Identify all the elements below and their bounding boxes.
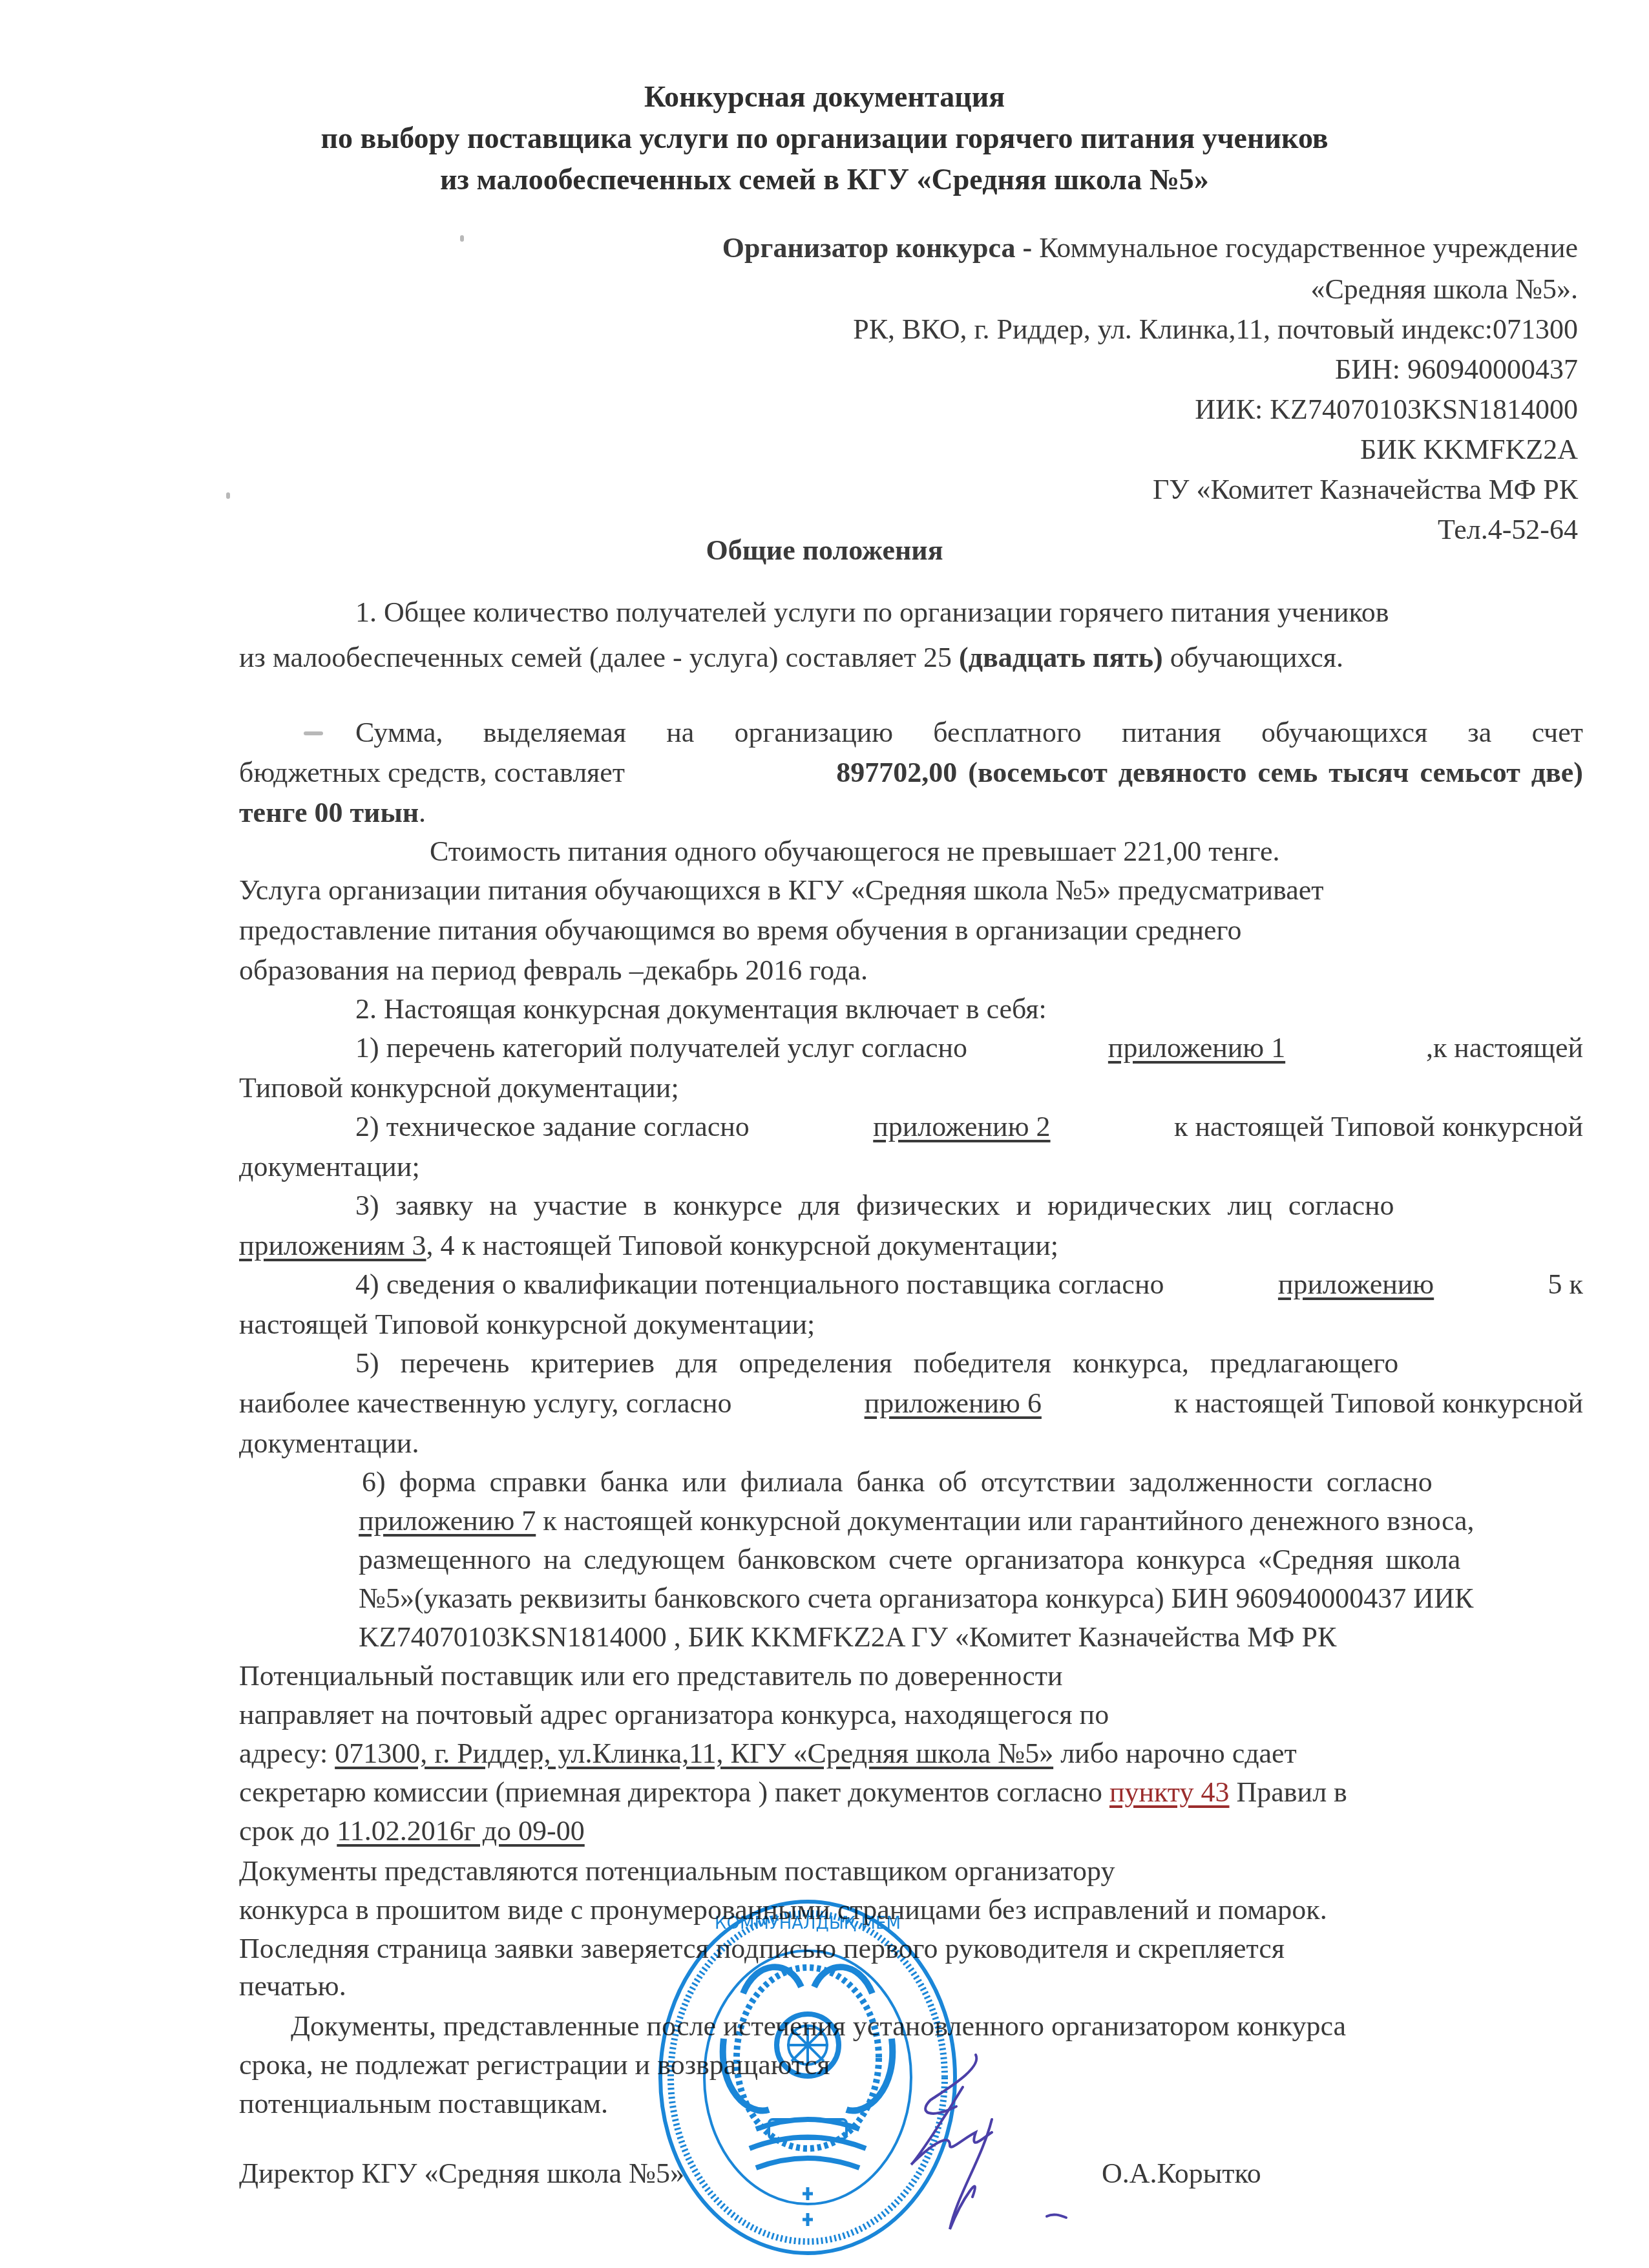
submission-line4: секретарю комиссии (приемная директора )…: [239, 1774, 1347, 1811]
item6-line5: KZ74070103KSN1814000 , БИК KKMFKZ2A ГУ «…: [359, 1619, 1336, 1655]
organizer-address-link[interactable]: 071300, г. Риддер, ул.Клинка,11, КГУ «Ср…: [335, 1738, 1053, 1769]
item5-line2: наиболее качественную услугу, согласно п…: [239, 1385, 1583, 1422]
sum-currency: тенге 00 тиын: [239, 797, 419, 828]
item4-text: 4) сведения о квалификации потенциальног…: [355, 1266, 1164, 1303]
organizer-bik: БИК KKMFKZ2A: [1360, 432, 1578, 468]
director-position: Директор КГУ «Средняя школа №5»: [239, 2156, 684, 2192]
item5-line3: документации.: [239, 1425, 419, 1462]
appendix-5-link[interactable]: приложению: [1278, 1266, 1434, 1303]
submission-line2: направляет на почтовый адрес организатор…: [239, 1697, 1109, 1733]
stamp-text: КОММУНАЛДЫҚ МЕМ: [715, 1914, 901, 1933]
submission-line5: срок до 11.02.2016г до 09-00: [239, 1813, 585, 1849]
appendix-2-link[interactable]: приложению 2: [873, 1109, 1050, 1145]
item6-line1: 6) форма справки банка или филиала банка…: [362, 1464, 1583, 1500]
organizer-bin: БИН: 960940000437: [1335, 352, 1578, 388]
director-name: О.А.Корытко: [1102, 2156, 1261, 2192]
submission-text-3b: либо нарочно сдает: [1053, 1738, 1297, 1769]
organizer-line: Организатор конкурса - Коммунальное госу…: [722, 230, 1578, 266]
submission-line3: адресу: 071300, г. Риддер, ул.Клинка,11,…: [239, 1736, 1297, 1772]
appendix-7-link[interactable]: приложению 7: [359, 1505, 536, 1537]
docs-line1: Документы представляются потенциальным п…: [239, 1853, 1115, 1889]
appendix-3-link[interactable]: приложениям 3: [239, 1230, 426, 1261]
docs-line4: печатью.: [239, 1968, 346, 2004]
item6-line3: размещенного на следующем банковском сче…: [359, 1542, 1460, 1578]
item4-line2: настоящей Типовой конкурсной документаци…: [239, 1307, 815, 1343]
item3-line1: 3) заявку на участие в конкурсе для физи…: [355, 1188, 1583, 1224]
scan-speck: [226, 492, 230, 499]
item2-line2: документации;: [239, 1149, 420, 1185]
appendix-1-link[interactable]: приложению 1: [1108, 1030, 1285, 1066]
item1-text: 1) перечень категорий получателей услуг …: [355, 1030, 967, 1066]
service-line2: предоставление питания обучающимся во вр…: [239, 912, 1242, 949]
late-line3: потенциальным поставщикам.: [239, 2086, 608, 2122]
recipients-count-words: (двадцать пять): [959, 642, 1163, 673]
signature-icon: [853, 2048, 1111, 2242]
submission-line1: Потенциальный поставщик или его представ…: [239, 1658, 1063, 1694]
item6-text-2: к настоящей конкурсной документации или …: [536, 1505, 1474, 1537]
item6-line2: приложению 7 к настоящей конкурсной доку…: [359, 1503, 1475, 1539]
item2-text: 2) техническое задание согласно: [355, 1109, 750, 1145]
sum-line1: Сумма, выделяемая на организацию бесплат…: [355, 715, 1583, 751]
item2-line1: 2) техническое задание согласно приложен…: [355, 1109, 1583, 1145]
document-title-line1: Конкурсная документация: [0, 79, 1649, 115]
service-line3: образования на период февраль –декабрь 2…: [239, 952, 868, 989]
section-heading: Общие положения: [0, 532, 1649, 569]
deadline-date: 11.02.2016г до 09-00: [337, 1815, 584, 1847]
item4-line1: 4) сведения о квалификации потенциальног…: [355, 1266, 1583, 1303]
organizer-label: Организатор конкурса -: [722, 232, 1032, 264]
item3-line2: приложениям 3, 4 к настоящей Типовой кон…: [239, 1228, 1058, 1264]
item2-text-b: к настоящей Типовой конкурсной: [1174, 1109, 1583, 1145]
item1-text-b: ,к настоящей: [1426, 1030, 1583, 1066]
service-line1: Услуга организации питания обучающихся в…: [239, 872, 1324, 908]
submission-text-3a: адресу:: [239, 1738, 335, 1769]
submission-text-4a: секретарю комиссии (приемная директора )…: [239, 1776, 1109, 1808]
sum-line2: бюджетных средств, составляет 897702,00 …: [239, 755, 1583, 791]
organizer-name-2: «Средняя школа №5».: [1310, 271, 1578, 308]
submission-text-4b: Правил в: [1230, 1776, 1347, 1808]
item6-line4: №5»(указать реквизиты банковского счета …: [359, 1580, 1473, 1617]
para1-line1: 1. Общее количество получателей услуги п…: [355, 594, 1389, 631]
organizer-treasury: ГУ «Комитет Казначейства МФ РК: [1153, 472, 1578, 508]
item5-text-a: наиболее качественную услугу, согласно: [239, 1385, 731, 1422]
item4-text-b: 5 к: [1548, 1266, 1583, 1303]
para1-line2: из малообеспеченных семей (далее - услуг…: [239, 640, 1343, 676]
item5-line1: 5) перечень критериев для определения по…: [355, 1345, 1583, 1381]
para1-text-a: из малообеспеченных семей (далее - услуг…: [239, 642, 959, 673]
appendix-6-link[interactable]: приложению 6: [865, 1385, 1042, 1422]
document-title-line2: по выбору поставщика услуги по организац…: [0, 120, 1649, 156]
cost-line: Стоимость питания одного обучающегося не…: [430, 834, 1280, 870]
para2-heading: 2. Настоящая конкурсная документация вкл…: [355, 991, 1047, 1027]
item1-line2: Типовой конкурсной документации;: [239, 1070, 679, 1106]
sum-amount: 897702,00 (восемьсот девяносто семь тыся…: [836, 755, 1583, 791]
rule-43-link[interactable]: пункту 43: [1109, 1776, 1230, 1808]
sum-text-1: Сумма, выделяемая на организацию бесплат…: [355, 715, 1583, 751]
item1-line1: 1) перечень категорий получателей услуг …: [355, 1030, 1583, 1066]
sum-line3: тенге 00 тиын.: [239, 795, 426, 831]
item3-text-b: , 4 к настоящей Типовой конкурсной докум…: [426, 1230, 1058, 1261]
organizer-iik: ИИК: KZ74070103KSN1814000: [1195, 392, 1578, 428]
item5-text-b: к настоящей Типовой конкурсной: [1174, 1385, 1583, 1422]
submission-text-5a: срок до: [239, 1815, 337, 1847]
para1-text-b: обучающихся.: [1163, 642, 1343, 673]
document-title-line3: из малообеспеченных семей в КГУ «Средняя…: [0, 162, 1649, 198]
scan-speck: [304, 731, 323, 735]
organizer-name-1: Коммунальное государственное учреждение: [1032, 232, 1578, 264]
scan-speck: [460, 235, 464, 242]
sum-period: .: [419, 797, 426, 828]
document-page: Конкурсная документация по выбору постав…: [0, 0, 1649, 2268]
organizer-address: РК, ВКО, г. Риддер, ул. Клинка,11, почто…: [853, 311, 1578, 348]
sum-text-2: бюджетных средств, составляет: [239, 755, 625, 791]
